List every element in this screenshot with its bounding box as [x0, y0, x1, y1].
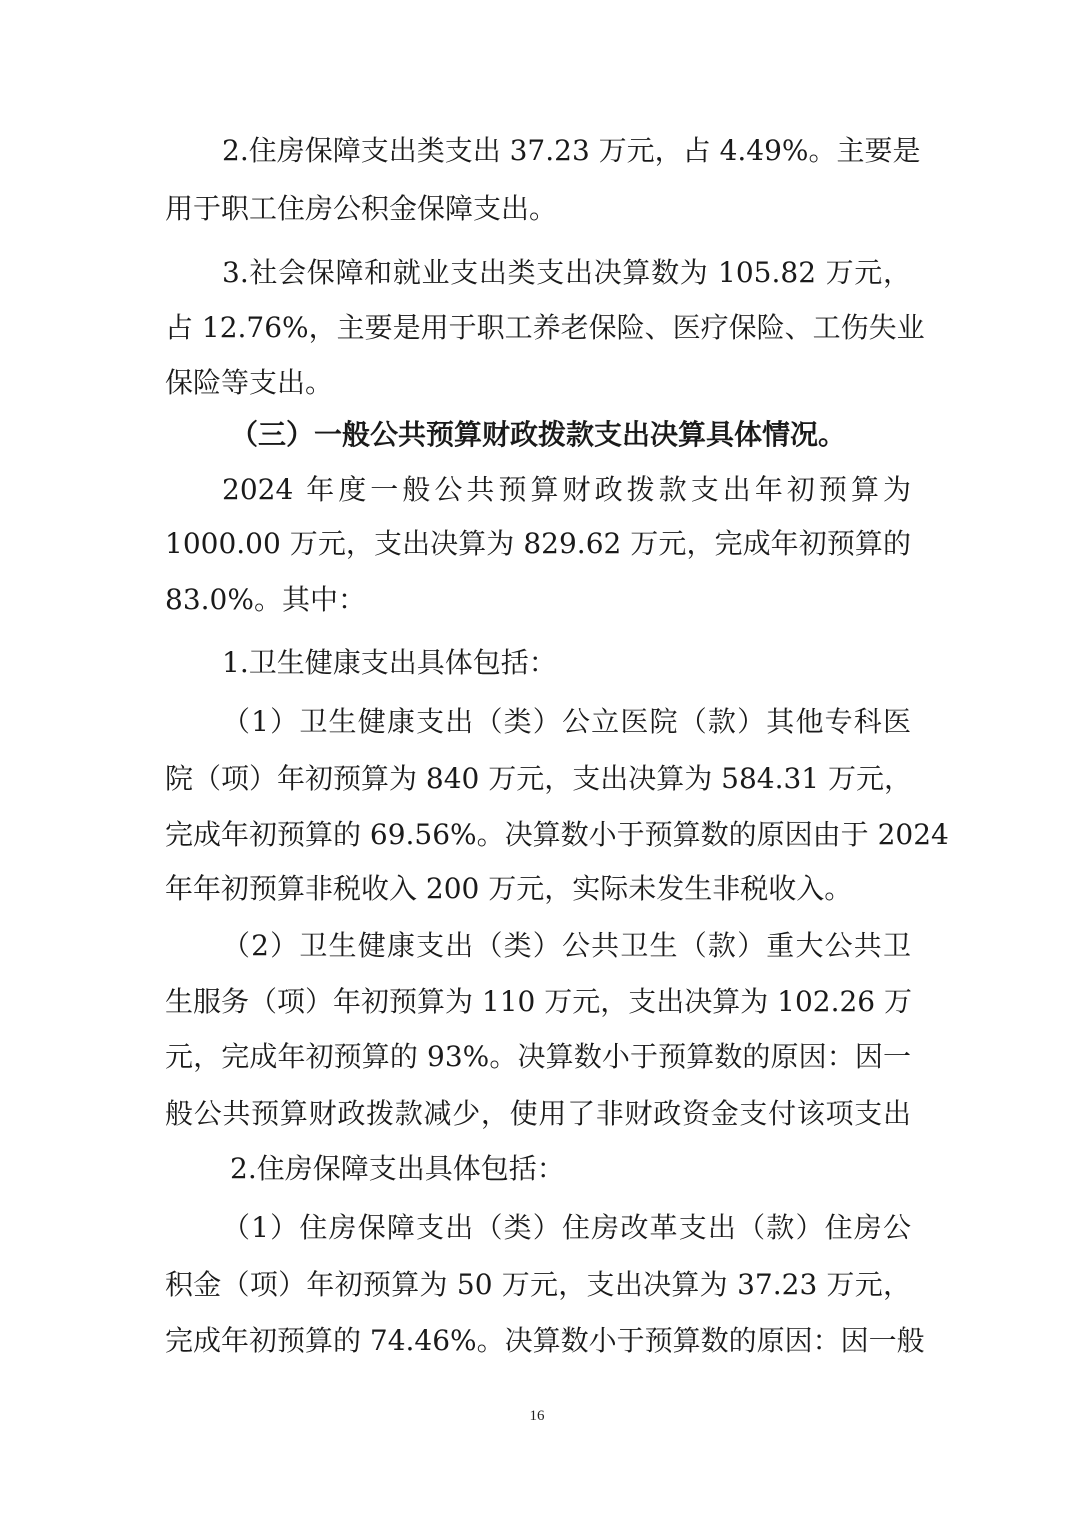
paragraph-line-budget-overview: 2024 年度一般公共预算财政拨款支出年初预算为 — [222, 470, 911, 510]
paragraph-line: 院（项）年初预算为 840 万元，支出决算为 584.31 万元， — [165, 759, 911, 799]
paragraph-line: 完成年初预算的 74.46%。决算数小于预算数的原因：因一般 — [165, 1321, 911, 1361]
subheading-housing: 2.住房保障支出具体包括： — [230, 1149, 911, 1189]
page-number: 16 — [0, 1408, 1074, 1425]
paragraph-line: 83.0%。其中： — [165, 580, 911, 620]
subheading-health: 1.卫生健康支出具体包括： — [222, 643, 911, 683]
paragraph-line-health-item-2: （2）卫生健康支出（类）公共卫生（款）重大公共卫 — [222, 926, 911, 966]
paragraph-line-health-item-1: （1）卫生健康支出（类）公立医院（款）其他专科医 — [222, 702, 911, 742]
paragraph-line-housing-summary: 2.住房保障支出类支出 37.23 万元，占 4.49%。主要是 — [222, 131, 911, 171]
paragraph-line: 年年初预算非税收入 200 万元，实际未发生非税收入。 — [165, 869, 911, 909]
paragraph-line-housing-item-1: （1）住房保障支出（类）住房改革支出（款）住房公 — [222, 1208, 911, 1248]
paragraph-line: 完成年初预算的 69.56%。决算数小于预算数的原因由于 2024 — [165, 815, 911, 855]
section-heading: （三）一般公共预算财政拨款支出决算具体情况。 — [230, 415, 911, 455]
paragraph-line: 用于职工住房公积金保障支出。 — [165, 189, 911, 229]
paragraph-line: 占 12.76%，主要是用于职工养老保险、医疗保险、工伤失业 — [165, 308, 911, 348]
paragraph-line: 保险等支出。 — [165, 363, 911, 403]
paragraph-line-social-security-summary: 3.社会保障和就业支出类支出决算数为 105.82 万元， — [222, 253, 911, 293]
document-page: 2.住房保障支出类支出 37.23 万元，占 4.49%。主要是 用于职工住房公… — [0, 0, 1074, 1520]
paragraph-line: 般公共预算财政拨款减少，使用了非财政资金支付该项支出 — [165, 1094, 911, 1134]
paragraph-line: 生服务（项）年初预算为 110 万元，支出决算为 102.26 万 — [165, 982, 911, 1022]
paragraph-line: 积金（项）年初预算为 50 万元，支出决算为 37.23 万元， — [165, 1265, 911, 1305]
paragraph-line: 1000.00 万元，支出决算为 829.62 万元，完成年初预算的 — [165, 524, 911, 564]
paragraph-line: 元，完成年初预算的 93%。决算数小于预算数的原因：因一 — [165, 1037, 911, 1077]
